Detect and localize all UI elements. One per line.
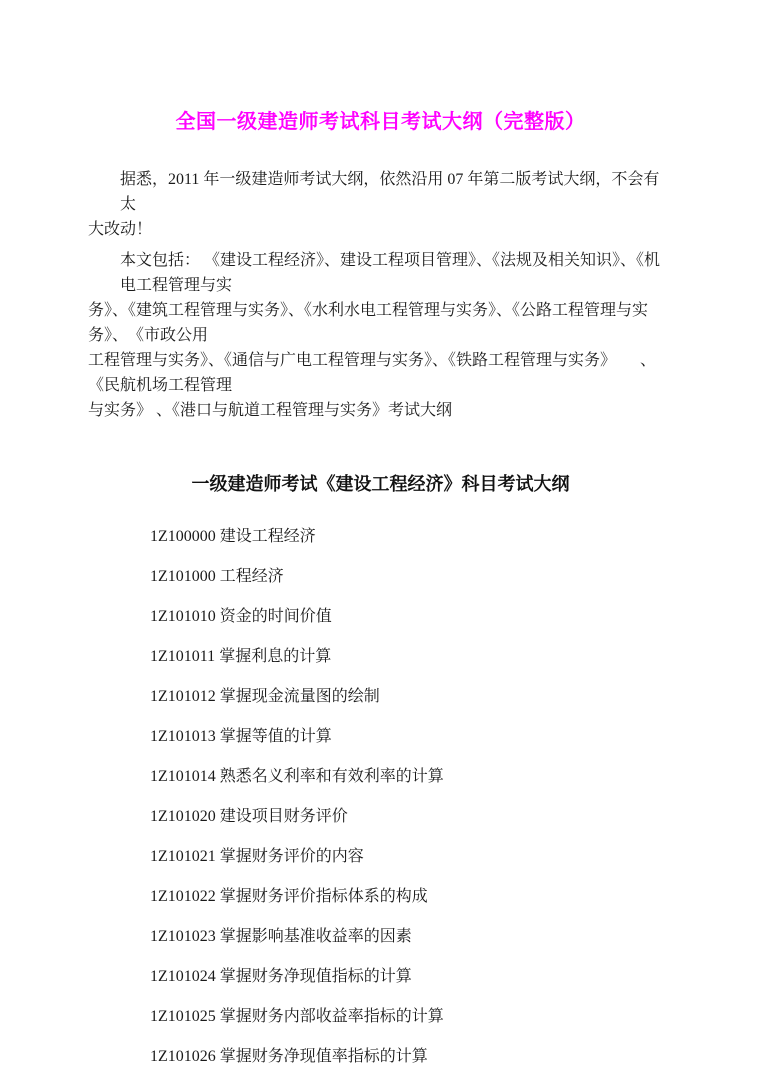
- outline-item-label: 掌握财务评价的内容: [220, 848, 364, 865]
- document-title: 全国一级建造师考试科目考试大纲（完整版）: [88, 0, 673, 134]
- outline-item-code: 1Z101010: [150, 608, 216, 625]
- outline-item-code: 1Z101000: [150, 568, 216, 585]
- section-heading: 一级建造师考试《建设工程经济》科目考试大纲: [88, 471, 673, 497]
- outline-item: 1Z101014 熟悉名义利率和有效利率的计算: [150, 764, 673, 790]
- outline-item: 1Z101021 掌握财务评价的内容: [150, 844, 673, 870]
- outline-item-label: 掌握财务内部收益率指标的计算: [220, 1008, 444, 1025]
- paragraph-line: 务》、《建筑工程管理与实务》、《水利水电工程管理与实务》、《公路工程管理与实务》…: [88, 298, 673, 348]
- outline-item-code: 1Z101012: [150, 688, 216, 705]
- outline-item: 1Z101012 掌握现金流量图的绘制: [150, 684, 673, 710]
- outline-item-code: 1Z101024: [150, 968, 216, 985]
- outline-item-code: 1Z101023: [150, 928, 216, 945]
- outline-item-label: 掌握现金流量图的绘制: [220, 688, 380, 705]
- outline-item-code: 1Z101025: [150, 1008, 216, 1025]
- paragraph-line: 大改动！: [88, 217, 673, 242]
- outline-item-code: 1Z101011: [150, 648, 215, 665]
- outline-item-code: 1Z101021: [150, 848, 216, 865]
- intro-paragraph: 据悉，2011 年一级建造师考试大纲，依然沿用 07 年第二版考试大纲，不会有太…: [88, 167, 673, 242]
- outline-item-label: 掌握财务评价指标体系的构成: [220, 888, 428, 905]
- outline-item-label: 工程经济: [220, 568, 284, 585]
- paragraph-line: 据悉，2011 年一级建造师考试大纲，依然沿用 07 年第二版考试大纲，不会有太: [88, 167, 673, 217]
- outline-item-label: 掌握等值的计算: [220, 728, 332, 745]
- outline-item: 1Z101011 掌握利息的计算: [150, 644, 673, 670]
- outline-item-code: 1Z101020: [150, 808, 216, 825]
- outline-item-code: 1Z101014: [150, 768, 216, 785]
- outline-item-code: 1Z101013: [150, 728, 216, 745]
- outline-item-label: 掌握利息的计算: [219, 648, 331, 665]
- outline-item-label: 建设项目财务评价: [220, 808, 348, 825]
- outline-item-code: 1Z101022: [150, 888, 216, 905]
- outline-list: 1Z100000 建设工程经济1Z101000 工程经济1Z101010 资金的…: [150, 524, 673, 1070]
- paragraph-line: 本文包括： 《建设工程经济》、建设工程项目管理》、《法规及相关知识》、《机电工程…: [88, 248, 673, 298]
- outline-item-label: 资金的时间价值: [220, 608, 332, 625]
- paragraph-line: 工程管理与实务》、《通信与广电工程管理与实务》、《铁路工程管理与实务》 、《民航…: [88, 348, 673, 398]
- outline-item: 1Z101022 掌握财务评价指标体系的构成: [150, 884, 673, 910]
- outline-item: 1Z100000 建设工程经济: [150, 524, 673, 550]
- outline-item: 1Z101000 工程经济: [150, 564, 673, 590]
- outline-item: 1Z101013 掌握等值的计算: [150, 724, 673, 750]
- outline-item-label: 建设工程经济: [220, 528, 316, 545]
- outline-item-label: 掌握财务净现值率指标的计算: [220, 1048, 428, 1065]
- scope-paragraph: 本文包括： 《建设工程经济》、建设工程项目管理》、《法规及相关知识》、《机电工程…: [88, 248, 673, 423]
- outline-item: 1Z101026 掌握财务净现值率指标的计算: [150, 1044, 673, 1070]
- outline-item: 1Z101025 掌握财务内部收益率指标的计算: [150, 1004, 673, 1030]
- outline-item-code: 1Z101026: [150, 1048, 216, 1065]
- outline-item: 1Z101024 掌握财务净现值指标的计算: [150, 964, 673, 990]
- outline-item-code: 1Z100000: [150, 528, 216, 545]
- outline-item: 1Z101020 建设项目财务评价: [150, 804, 673, 830]
- outline-item-label: 掌握财务净现值指标的计算: [220, 968, 412, 985]
- outline-item: 1Z101023 掌握影响基准收益率的因素: [150, 924, 673, 950]
- outline-item: 1Z101010 资金的时间价值: [150, 604, 673, 630]
- outline-item-label: 熟悉名义利率和有效利率的计算: [220, 768, 444, 785]
- paragraph-line: 与实务》 、《港口与航道工程管理与实务》考试大纲: [88, 398, 673, 423]
- document-page: 全国一级建造师考试科目考试大纲（完整版） 据悉，2011 年一级建造师考试大纲，…: [0, 0, 763, 1080]
- outline-item-label: 掌握影响基准收益率的因素: [220, 928, 412, 945]
